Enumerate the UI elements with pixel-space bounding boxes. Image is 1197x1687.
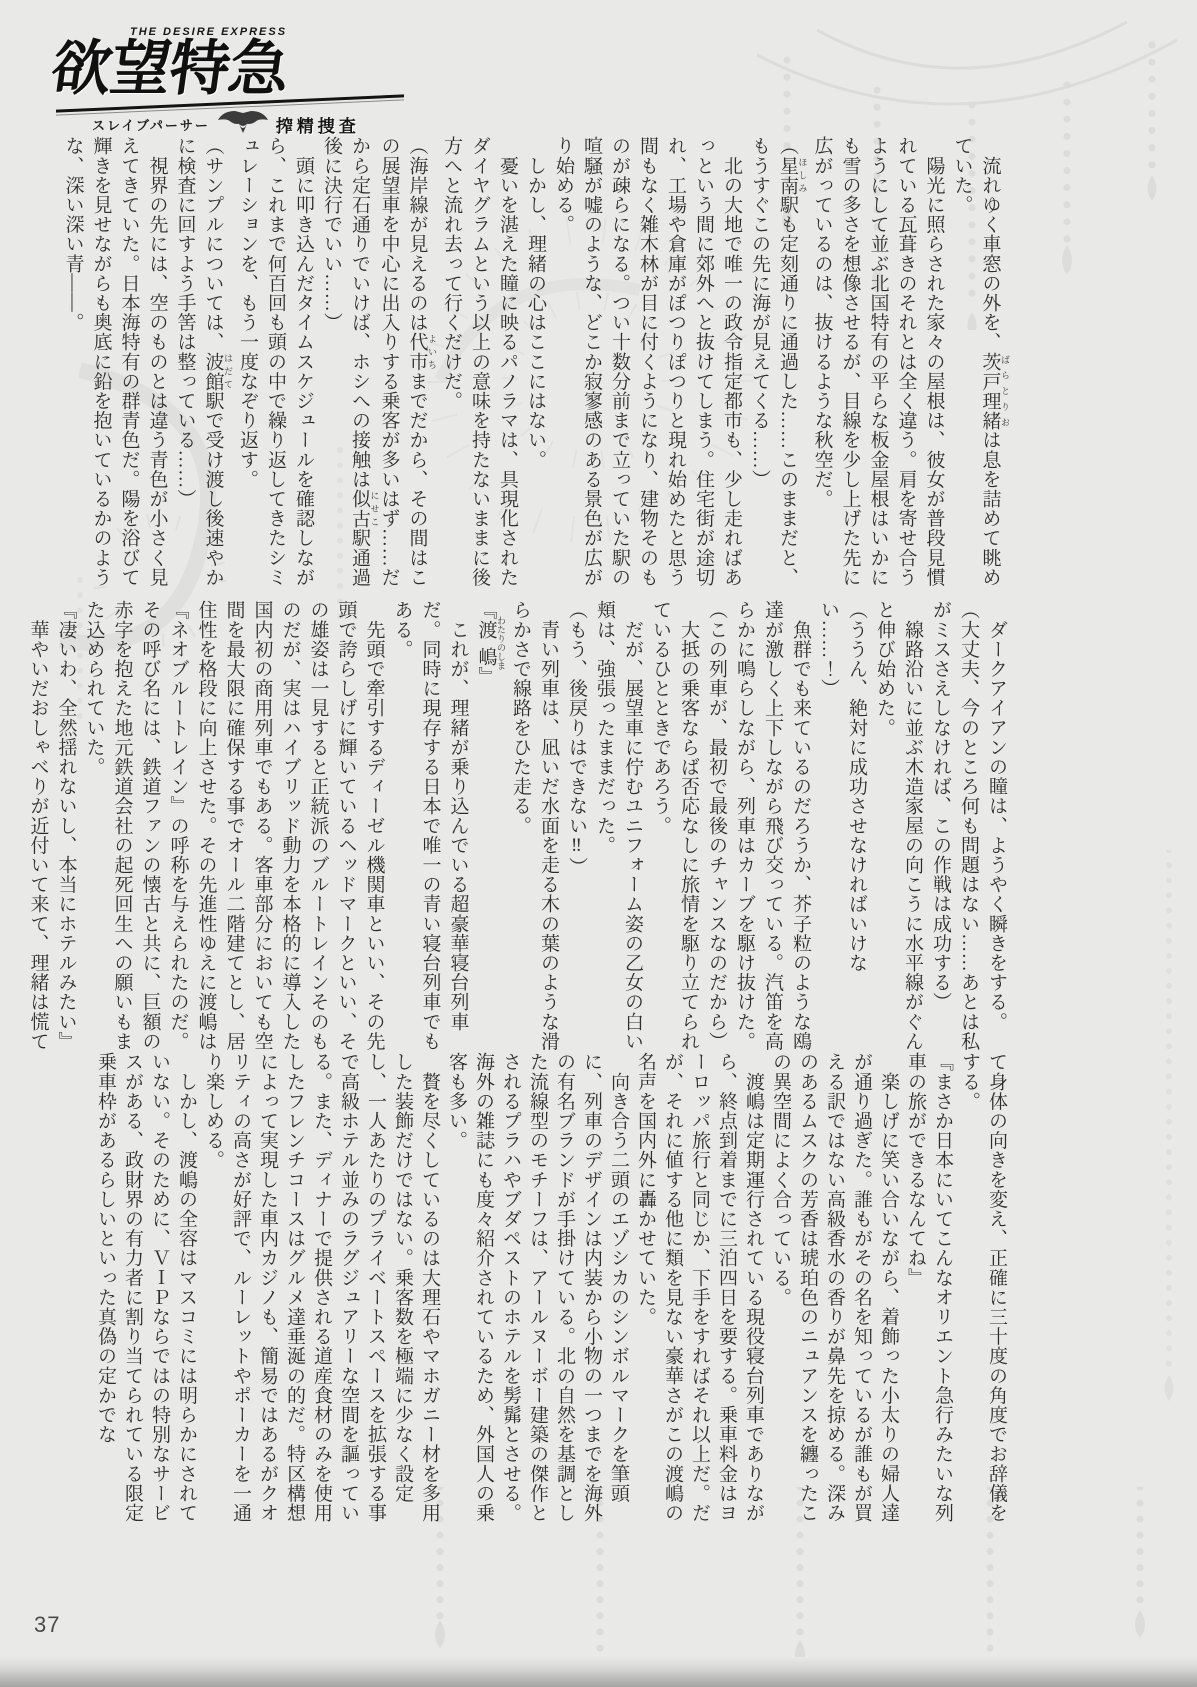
paragraph: 向き合う二頭のエゾシカのシンボルマークを筆頭に、列車のデザインは内装から小物の一…: [443, 1052, 632, 1528]
paragraph: 視界の先には、空のものとは違う青色が小さく見えてきていた。日本海特有の群青色だ。…: [59, 136, 171, 594]
paragraph: て身体の向きを変え、正確に三十度の角度でお辞儀をする。: [956, 1052, 1010, 1528]
logo-subtitle-row: スレイブパーサー 搾精捜査: [92, 110, 432, 139]
text-block-1: 流れゆく車窓の外を、茨戸理緒ばらとりおは息を詰めて眺めていた。 陽光に照らされた…: [62, 136, 1010, 594]
logo-subtitle-left: スレイブパーサー: [92, 115, 210, 134]
paragraph: （ううん、絶対に成功させなければいけない……！）: [814, 600, 870, 1052]
page-bottom-edge: [0, 1657, 1197, 1687]
paragraph: 魚群でも来ているのだろうか、芥子粒のような鴎達が激しく上下しながら飛び交っている…: [730, 600, 814, 1052]
paragraph: 憂いを湛えた瞳に映るパノラマは、具現化されたダイヤグラムという以上の意味を持たな…: [437, 136, 521, 594]
paragraph: 『渡嶋わたりのしま』: [472, 600, 507, 1052]
series-logo: THE DESIRE EXPRESS 欲望特急 スレイブパーサー 搾精捜査: [52, 26, 432, 139]
paragraph: （大丈夫、今のところ何も問題はない……あとは私がミスさえしなければ、この作戦は成…: [926, 600, 982, 1052]
paragraph: 『凄いわ、全然揺れないし、本当にホテルみたい』: [52, 600, 80, 1052]
paragraph: 流れゆく車窓の外を、茨戸理緒ばらとりおは息を詰めて眺めていた。: [948, 136, 1011, 594]
winged-emblem-icon: [217, 110, 269, 139]
book-page: THE DESIRE EXPRESS 欲望特急 スレイブパーサー 搾精捜査 流れ…: [0, 0, 1197, 1687]
paragraph: （もう、後戻りはできない‼）: [562, 600, 590, 1052]
paragraph: 北の大地で唯一の政令指定都市も、少し走ればあっという間に郊外へと抜けてしまう。住…: [549, 136, 745, 594]
paragraph: （星南ほしみ駅も定刻通りに通過した……このままだと、もうすぐこの先に海が見えてく…: [745, 136, 808, 594]
paragraph: （サンプルについては、波館はだて駅で受け渡し後速やかに検査に回すよう手筈は整って…: [171, 136, 234, 594]
bead-string-right-ornament: [1149, 850, 1189, 1410]
text-block-2: ダークアイアンの瞳は、ようやく瞬きをする。（大丈夫、今のところ何も問題はない………: [62, 600, 1010, 1052]
paragraph: 青い列車は、凪いだ水面を走る木の葉のような滑らかさで線路をひた走る。: [506, 600, 562, 1052]
paragraph: 『まさか日本にいてこんなオリエント急行みたいな列車の旅ができるなんてね』: [902, 1052, 956, 1528]
paragraph: 贅を尽くしているのは大理石やマホガニー材を多用した装飾だけではない。乗客数を極端…: [200, 1052, 443, 1528]
paragraph: 楽しげに笑い合いながら、着飾った小太りの婦人達が通り過ぎた。誰もがその名を知って…: [767, 1052, 902, 1528]
paragraph: （海岸線が見えるのは代市よいちまでだから、その間はこの展望車を中心に出入りする乗…: [317, 136, 437, 594]
text-block-3: て身体の向きを変え、正確に三十度の角度でお辞儀をする。『まさか日本にいてこんなオ…: [62, 1052, 1010, 1528]
logo-subtitle-right: 搾精捜査: [276, 112, 360, 137]
paragraph: 先頭で牽引するディーゼル機関車といい、その先頭で誇らしげに輝いているヘッドマーク…: [80, 600, 388, 1052]
paragraph: 大抵の乗客ならば否応なしに旅情を駆り立てられているひとときであろう。: [646, 600, 702, 1052]
paragraph: しかし、渡嶋の全容はマスコミには明らかにされていない。そのために、ＶＩＰならでは…: [92, 1052, 200, 1528]
paragraph: 陽光に照らされた家々の屋根は、彼女が普段見慣れている瓦葺きのそれとは全く違う。肩…: [808, 136, 948, 594]
paragraph: しかし、理緒の心はここにはない。: [521, 136, 549, 594]
paragraph: 華やいだおしゃべりが近付いて来て、理緒は慌て: [24, 600, 52, 1052]
paragraph: （この列車が、最初で最後のチャンスなのだから）: [702, 600, 730, 1052]
paragraph: これが、理緒が乗り込んでいる超豪華寝台列車だ。同時に現存する日本で唯一の青い寝台…: [388, 600, 472, 1052]
paragraph: ダークアイアンの瞳は、ようやく瞬きをする。: [982, 600, 1010, 1052]
page-number: 37: [34, 1612, 60, 1638]
logo-title: 欲望特急: [48, 38, 437, 99]
paragraph: 頭に叩き込んだタイムスケジュールを確認しながら、これまで何百回も頭の中で繰り返し…: [233, 136, 317, 594]
paragraph: 線路沿いに並ぶ木造家屋の向こうに水平線がぐんと伸び始めた。: [870, 600, 926, 1052]
paragraph: 渡嶋は定期運行されている現役寝台列車でありながら、終点到着までに三泊四日を要する…: [632, 1052, 767, 1528]
paragraph: だが、展望車に佇むユニフォーム姿の乙女の白い頬は、強張ったままだった。: [590, 600, 646, 1052]
